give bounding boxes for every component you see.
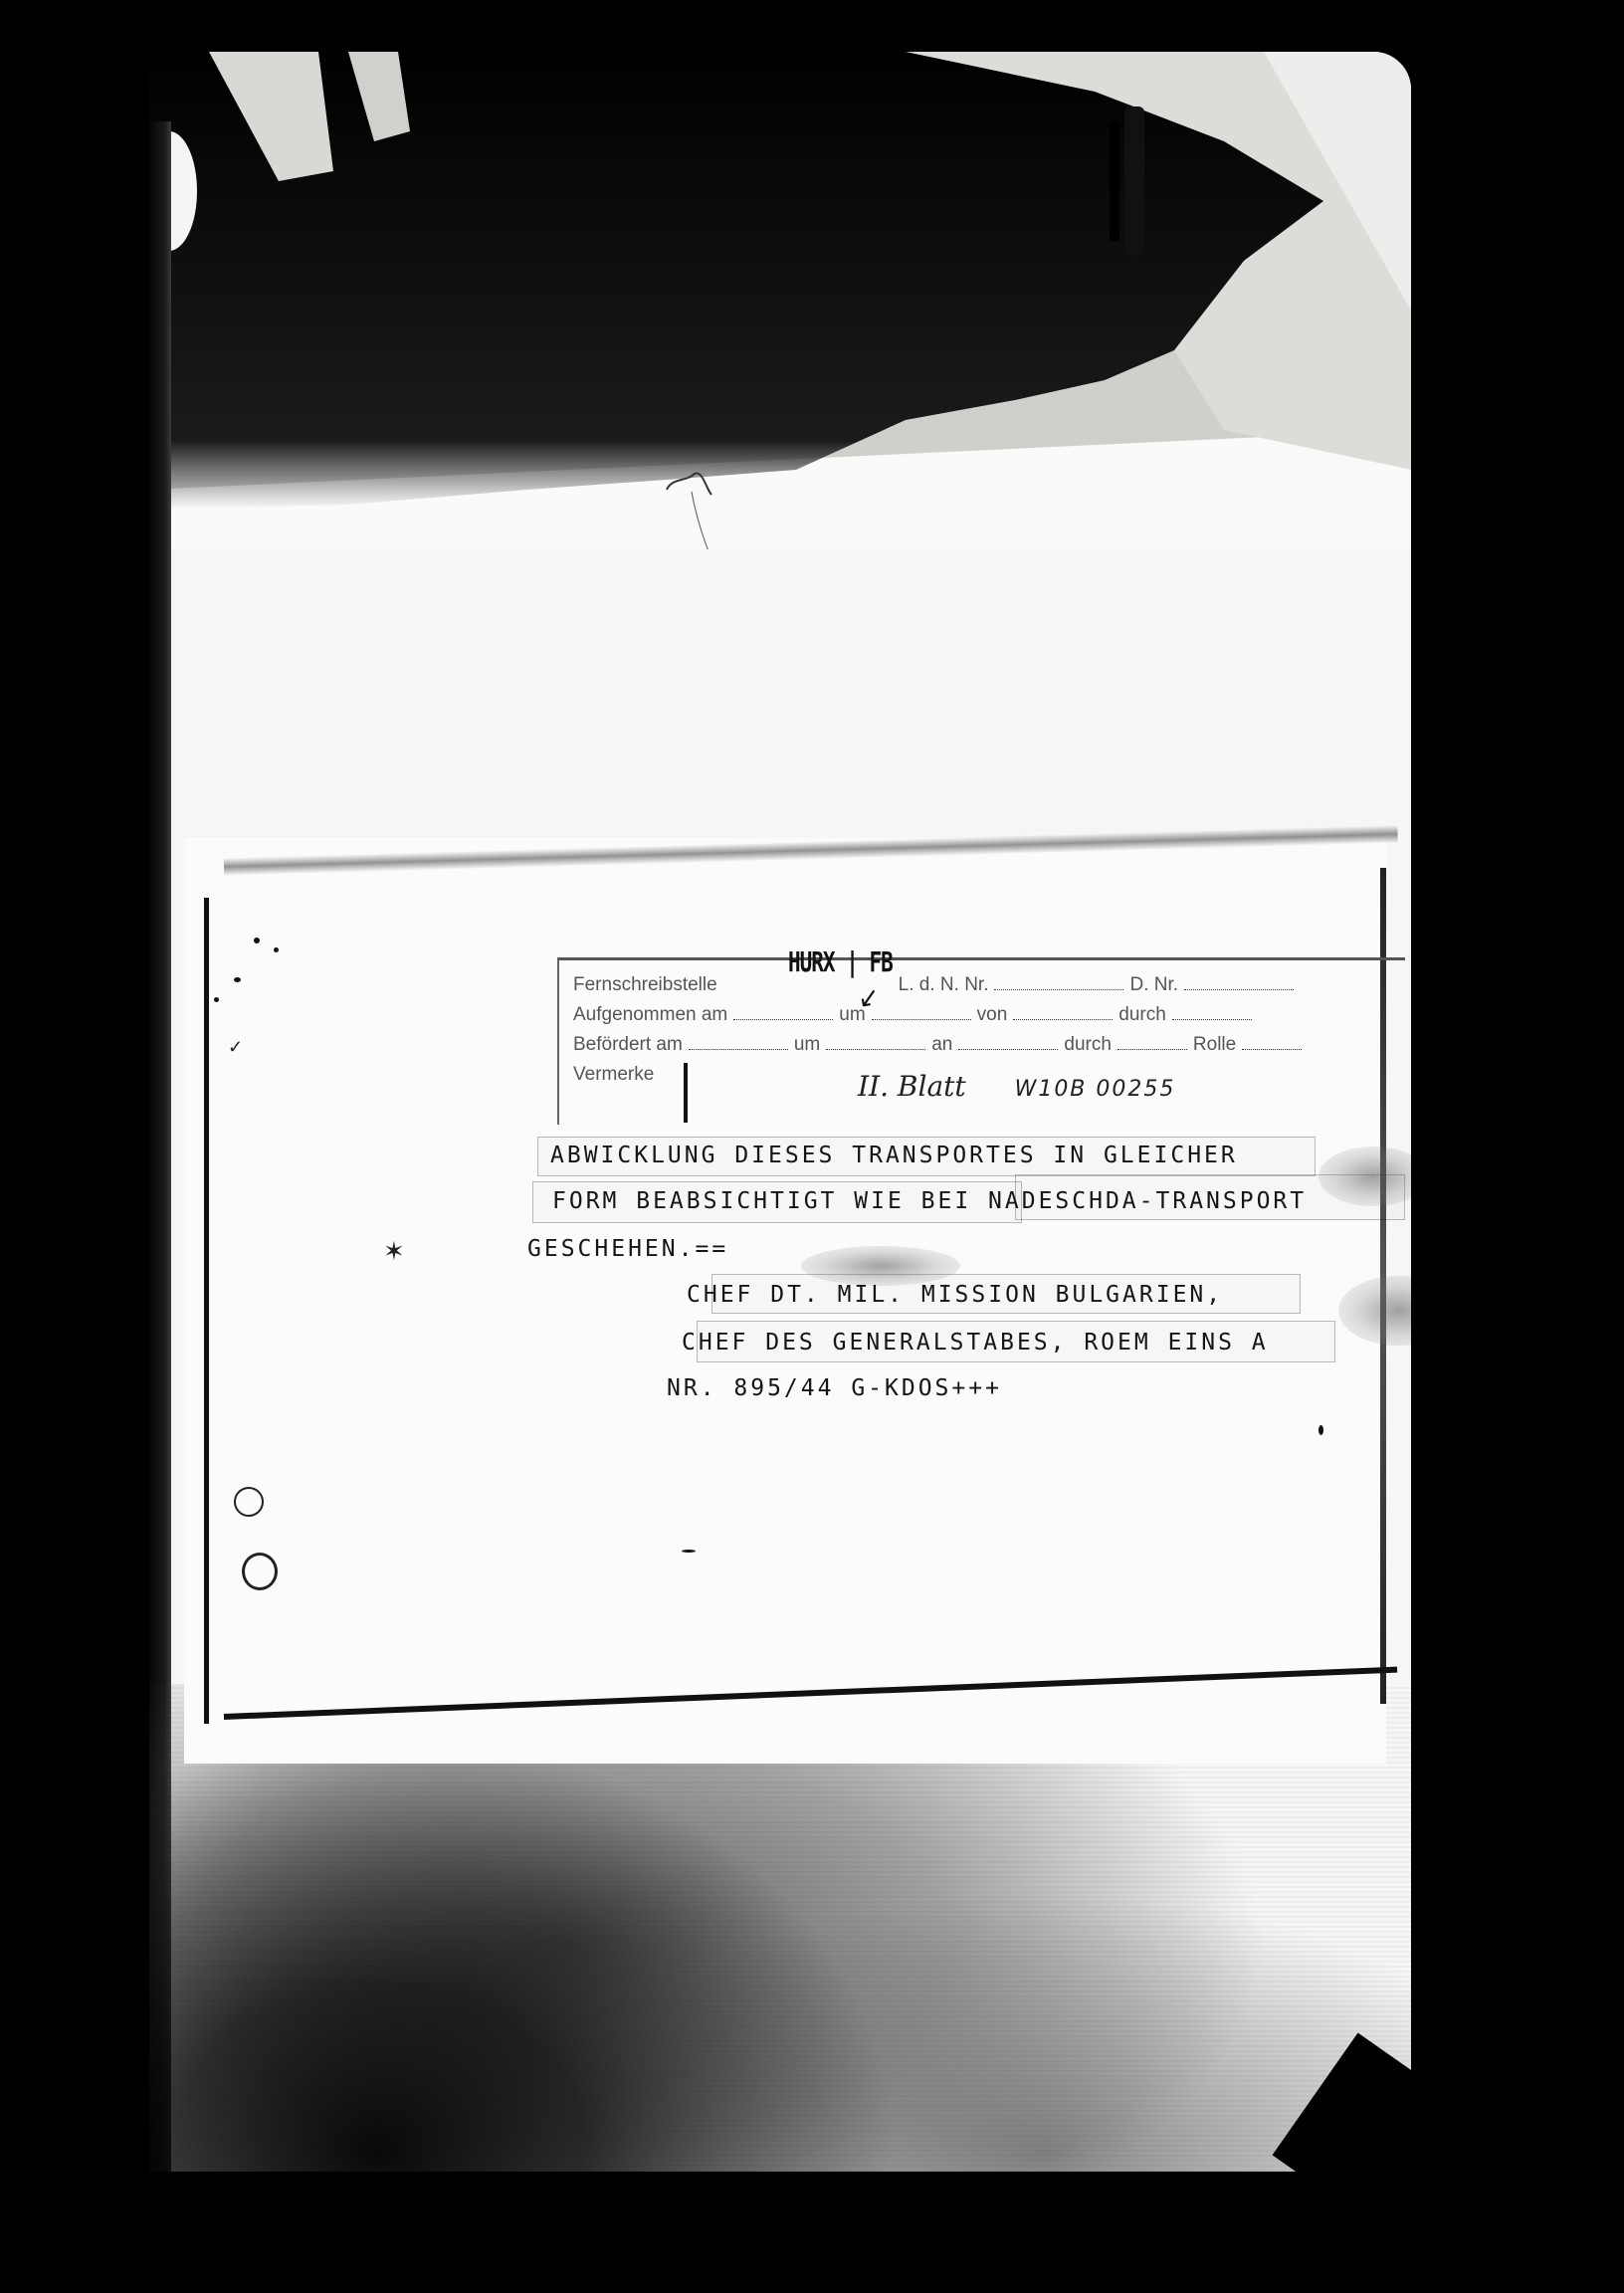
received-by-field (1172, 1005, 1252, 1020)
received-um-label: um (839, 1004, 865, 1026)
archive-reference: W10B 00255 (1015, 1077, 1176, 1102)
scanned-page: ✓ ✶ HURX | FB ↙ Fernschreibstelle L. d. … (149, 52, 1411, 2172)
forwarded-an-label: an (931, 1034, 952, 1056)
forwarded-durch-label: durch (1064, 1034, 1112, 1056)
smudge (801, 1246, 960, 1286)
punch-hole (234, 1487, 264, 1517)
forwarded-date-field (689, 1035, 788, 1050)
received-from-field (1013, 1005, 1113, 1020)
asterisk-mark: ✶ (383, 1236, 405, 1267)
received-durch-label: durch (1118, 1004, 1166, 1026)
sheet-number: II. Blatt (858, 1070, 966, 1103)
message-line: GESCHEHEN.== (527, 1236, 728, 1262)
dnr-field (1184, 975, 1294, 990)
forwarded-um-label: um (794, 1034, 820, 1056)
signature-line: CHEF DT. MIL. MISSION BULGARIEN, (687, 1282, 1223, 1308)
station-stamp: HURX | FB (788, 946, 893, 977)
message-line: ABWICKLUNG DIESES TRANSPORTES IN GLEICHE… (550, 1143, 1238, 1168)
forwarded-label: Befördert am (573, 1034, 683, 1056)
ink-speck (254, 938, 260, 943)
teleprinter-form: ✓ ✶ HURX | FB ↙ Fernschreibstelle L. d. … (184, 838, 1386, 1764)
hand-shadow (149, 52, 1411, 549)
ldn-label: L. d. N. Nr. (899, 974, 989, 996)
form-row-notes: Vermerke (573, 1064, 654, 1086)
notes-divider (684, 1063, 688, 1123)
form-header: HURX | FB ↙ Fernschreibstelle L. d. N. N… (557, 957, 1405, 1125)
received-time-field (872, 1005, 971, 1020)
signature-line: CHEF DES GENERALSTABES, ROEM EINS A (682, 1330, 1269, 1355)
forwarded-by-field (1117, 1035, 1187, 1050)
punch-hole (242, 1553, 278, 1590)
signature-line: NR. 895/44 G-KDOS+++ (667, 1375, 1002, 1401)
smudge (1338, 1276, 1411, 1346)
margin-mark: ✓ (228, 1037, 243, 1058)
ink-speck (234, 977, 241, 982)
ink-speck (1319, 1425, 1323, 1435)
forwarded-to-field (958, 1035, 1058, 1050)
ink-speck (274, 947, 279, 952)
handwritten-note: II. Blatt W10B 00255 (858, 1070, 1175, 1103)
dnr-label: D. Nr. (1129, 974, 1178, 996)
message-line: FORM BEABSICHTIGT WIE BEI NADESCHDA-TRAN… (552, 1188, 1307, 1214)
forwarded-time-field (826, 1035, 925, 1050)
received-von-label: von (977, 1004, 1008, 1026)
rolle-label: Rolle (1193, 1034, 1236, 1056)
ink-speck (214, 997, 219, 1002)
received-label: Aufgenommen am (573, 1004, 727, 1026)
rolle-field (1242, 1035, 1302, 1050)
ldn-field (994, 975, 1123, 990)
notes-label: Vermerke (573, 1064, 654, 1086)
slip-top-edge (224, 825, 1398, 876)
slip-bottom-edge (224, 1667, 1397, 1720)
form-row-received: Aufgenommen am um von durch (573, 1004, 1252, 1026)
form-row-station: Fernschreibstelle L. d. N. Nr. D. Nr. (573, 974, 1294, 996)
station-label: Fernschreibstelle (573, 974, 717, 996)
received-date-field (733, 1005, 833, 1020)
slip-left-border (204, 898, 209, 1724)
form-row-forwarded: Befördert am um an durch Rolle (573, 1034, 1302, 1056)
ink-speck (682, 1550, 696, 1553)
